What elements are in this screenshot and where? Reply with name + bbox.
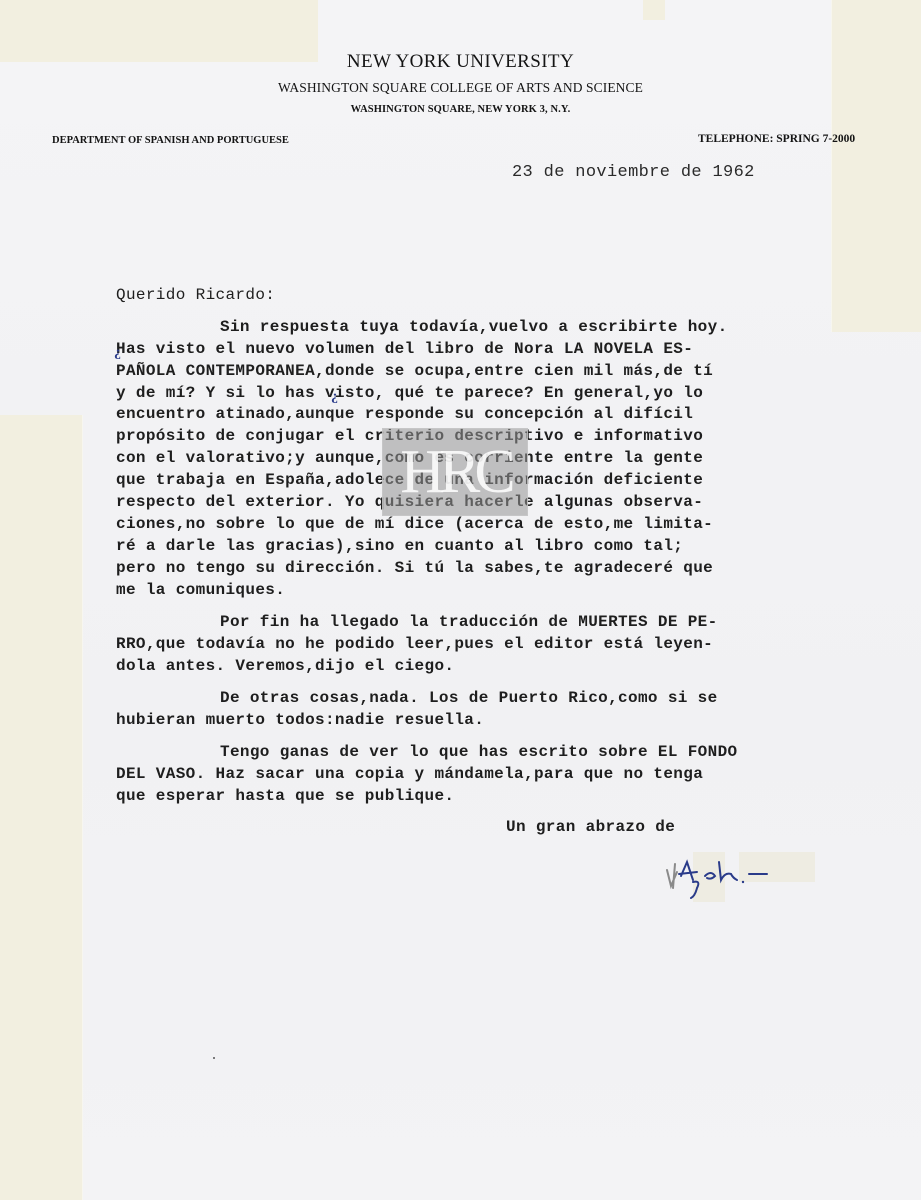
- background-sheet-left: [0, 415, 83, 1200]
- signature-icon: [663, 852, 813, 912]
- letterhead-address: WASHINGTON SQUARE, NEW YORK 3, N.Y.: [0, 104, 921, 115]
- letterhead-telephone: TELEPHONE: SPRING 7-2000: [698, 133, 855, 145]
- paragraph-line: De otras cosas,nada. Los de Puerto Rico,…: [220, 689, 718, 707]
- handwritten-question-mark: ¿: [331, 389, 338, 405]
- paragraph-line: Tengo ganas de ver lo que has escrito so…: [220, 743, 737, 761]
- handwritten-signature: [663, 852, 803, 912]
- letter-page: NEW YORK UNIVERSITY WASHINGTON SQUARE CO…: [0, 0, 921, 1200]
- paragraph-line: PAÑOLA CONTEMPORANEA,donde se ocupa,entr…: [116, 362, 713, 380]
- paragraph-line: me la comuniques.: [116, 581, 285, 599]
- paragraph-line: hubieran muerto todos:nadie resuella.: [116, 711, 484, 729]
- paragraph-line: y de mí? Y si lo has visto, qué te parec…: [116, 384, 703, 402]
- hrc-watermark: HRC: [382, 428, 528, 516]
- letter-salutation: Querido Ricardo:: [116, 286, 275, 304]
- paragraph-line: ré a darle las gracias),sino en cuanto a…: [116, 537, 683, 555]
- watermark-text: HRC: [400, 441, 509, 503]
- letterhead-department: DEPARTMENT OF SPANISH AND PORTUGUESE: [52, 135, 289, 146]
- paragraph-line: Por fin ha llegado la traducción de MUER…: [220, 613, 718, 631]
- paragraph-line: que esperar hasta que se publique.: [116, 787, 454, 805]
- paragraph-line: Sin respuesta tuya todavía,vuelvo a escr…: [220, 318, 728, 336]
- letter-date: 23 de noviembre de 1962: [512, 163, 755, 182]
- paragraph-line: DEL VASO. Haz sacar una copia y mándamel…: [116, 765, 703, 783]
- paragraph-line: dola antes. Veremos,dijo el ciego.: [116, 657, 454, 675]
- letter-closing: Un gran abrazo de: [506, 818, 675, 836]
- background-sheet-top-patch: [643, 0, 665, 20]
- paragraph-line: ciones,no sobre lo que de mí dice (acerc…: [116, 515, 713, 533]
- paragraph-line: encuentro atinado,aunque responde su con…: [116, 405, 693, 423]
- letterhead-college: WASHINGTON SQUARE COLLEGE OF ARTS AND SC…: [0, 80, 921, 96]
- paper-speck: [213, 1057, 215, 1059]
- paragraph-line: RRO,que todavía no he podido leer,pues e…: [116, 635, 713, 653]
- background-sheet-right: [831, 0, 921, 332]
- letterhead-institution: NEW YORK UNIVERSITY: [0, 51, 921, 73]
- handwritten-question-mark: ¿: [114, 345, 121, 361]
- paragraph-line: pero no tengo su dirección. Si tú la sab…: [116, 559, 713, 577]
- paragraph-line: Has visto el nuevo volumen del libro de …: [116, 340, 693, 358]
